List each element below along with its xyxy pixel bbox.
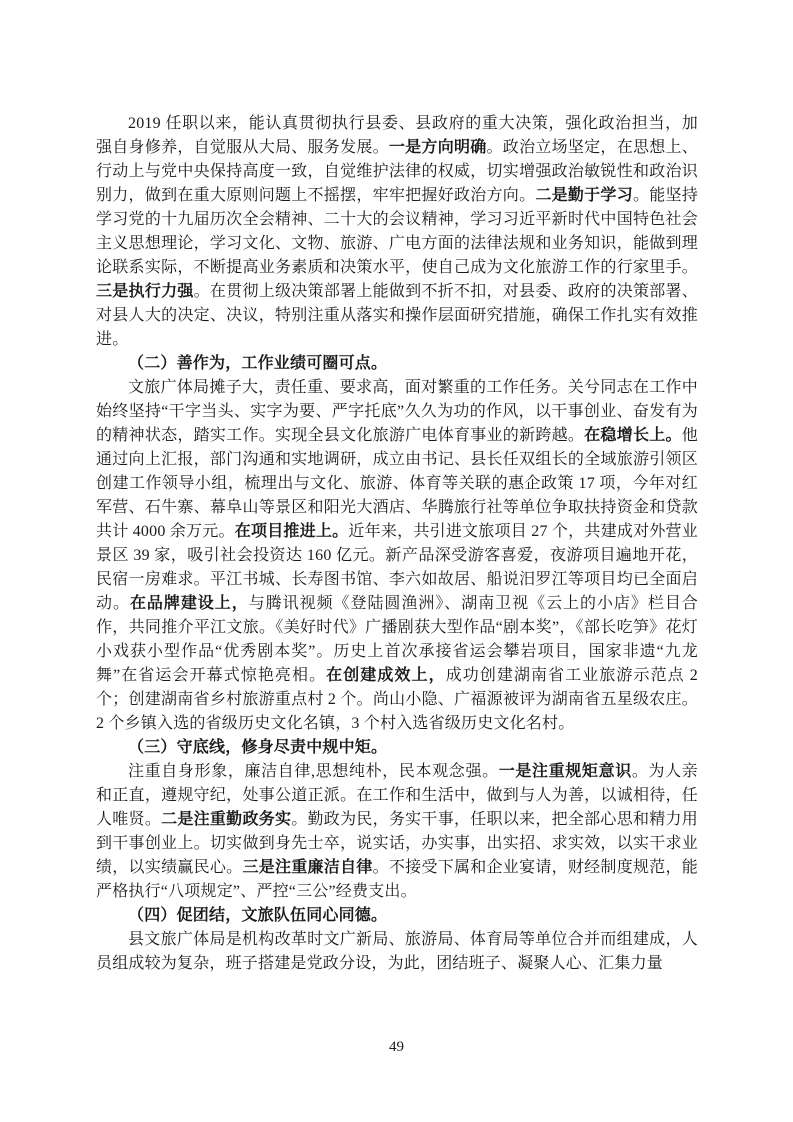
body-paragraph: 注重自身形象，廉洁自律,思想纯朴，民本观念强。一是注重规矩意识。为人亲和正直，遵… xyxy=(96,760,698,904)
text-run: 在项目推进上。 xyxy=(235,523,349,540)
text-run: 一是方向明确 xyxy=(389,139,487,156)
text-run: 县文旅广体局是机构改革时文广新局、旅游局、体育局等单位合并而组建成，人员组成较为… xyxy=(96,931,698,972)
text-run: （二）善作为，工作业绩可圈可点。 xyxy=(128,355,387,372)
text-run: （四）促团结，文旅队伍同心同德。 xyxy=(128,907,387,924)
body-paragraph: 2019 任职以来，能认真贯彻执行县委、县政府的重大决策，强化政治担当，加强自身… xyxy=(96,112,698,352)
page-number: 49 xyxy=(0,1038,793,1056)
text-run: 三是执行力强 xyxy=(96,283,194,300)
text-run: 在创建成效上， xyxy=(326,667,446,684)
body-paragraph: 县文旅广体局是机构改革时文广新局、旅游局、体育局等单位合并而组建成，人员组成较为… xyxy=(96,928,698,976)
text-run: 二是勤于学习 xyxy=(535,187,633,204)
text-run: （三）守底线，修身尽责中规中矩。 xyxy=(128,739,387,756)
section-heading: （三）守底线，修身尽责中规中矩。 xyxy=(96,736,698,760)
document-page: 2019 任职以来，能认真贯彻执行县委、县政府的重大决策，强化政治担当，加强自身… xyxy=(0,0,793,1122)
text-run: 在品牌建设上， xyxy=(130,595,249,612)
text-run: 三是注重廉洁自律 xyxy=(242,859,372,876)
text-run: 二是注重勤政务实 xyxy=(161,811,291,828)
document-body: 2019 任职以来，能认真贯彻执行县委、县政府的重大决策，强化政治担当，加强自身… xyxy=(96,112,698,976)
text-run: 在稳增长上。 xyxy=(584,427,682,444)
text-run: 一是注重规矩意识 xyxy=(499,763,632,780)
body-paragraph: 文旅广体局摊子大，责任重、要求高，面对繁重的工作任务。关兮同志在工作中始终坚持“… xyxy=(96,376,698,736)
section-heading: （四）促团结，文旅队伍同心同德。 xyxy=(96,904,698,928)
section-heading: （二）善作为，工作业绩可圈可点。 xyxy=(96,352,698,376)
text-run: 注重自身形象，廉洁自律,思想纯朴，民本观念强。 xyxy=(128,763,499,780)
